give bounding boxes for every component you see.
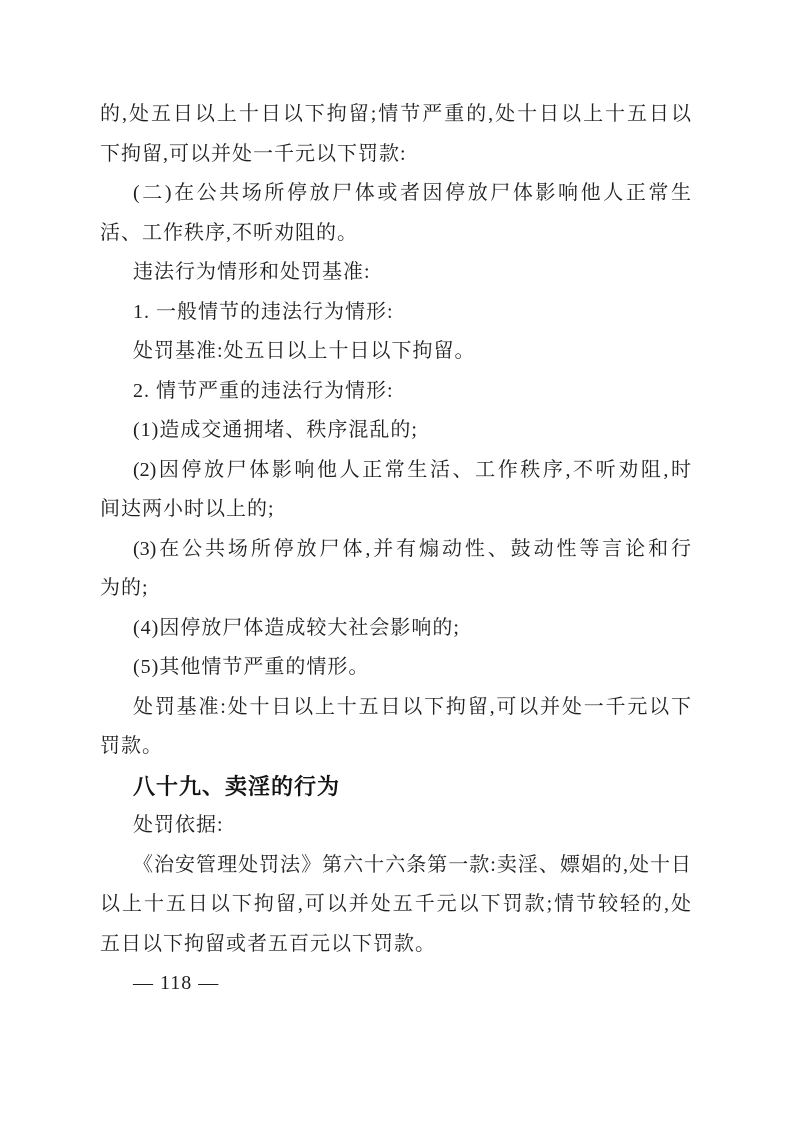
page-number: — 118 — — [100, 964, 691, 1004]
body-line-2: 下拘留,可以并处一千元以下罚款: — [100, 135, 691, 175]
body-line-4: 活、工作秩序,不听劝阻的。 — [100, 214, 691, 254]
body-line-12: (3)在公共场所停放尸体,并有煽动性、鼓动性等言论和行 — [100, 530, 691, 570]
body-line-9: (1)造成交通拥堵、秩序混乱的; — [100, 411, 691, 451]
body-line-16: 处罚基准:处十日以上十五日以下拘留,可以并处一千元以下 — [100, 688, 691, 728]
body-line-20: 《治安管理处罚法》第六十六条第一款:卖淫、嫖娼的,处十日 — [100, 846, 691, 886]
body-line-21: 以上十五日以下拘留,可以并处五千元以下罚款;情节较轻的,处 — [100, 885, 691, 925]
body-line-13: 为的; — [100, 569, 691, 609]
body-line-22: 五日以下拘留或者五百元以下罚款。 — [100, 925, 691, 965]
body-line-10: (2)因停放尸体影响他人正常生活、工作秩序,不听劝阻,时 — [100, 451, 691, 491]
body-line-11: 间达两小时以上的; — [100, 490, 691, 530]
body-line-17: 罚款。 — [100, 727, 691, 767]
body-line-15: (5)其他情节严重的情形。 — [100, 648, 691, 688]
text-block: 的,处五日以上十日以下拘留;情节严重的,处十日以上十五日以 下拘留,可以并处一千… — [100, 95, 691, 1004]
body-line-5: 违法行为情形和处罚基准: — [100, 253, 691, 293]
body-line-1: 的,处五日以上十日以下拘留;情节严重的,处十日以上十五日以 — [100, 95, 691, 135]
body-line-14: (4)因停放尸体造成较大社会影响的; — [100, 609, 691, 649]
body-line-3: (二)在公共场所停放尸体或者因停放尸体影响他人正常生 — [100, 174, 691, 214]
body-line-8: 2. 情节严重的违法行为情形: — [100, 372, 691, 412]
section-heading: 八十九、卖淫的行为 — [100, 767, 691, 807]
document-page: 的,处五日以上十日以下拘留;情节严重的,处十日以上十五日以 下拘留,可以并处一千… — [0, 0, 793, 1122]
body-line-6: 1. 一般情节的违法行为情形: — [100, 293, 691, 333]
body-line-19: 处罚依据: — [100, 806, 691, 846]
body-line-7: 处罚基准:处五日以上十日以下拘留。 — [100, 332, 691, 372]
